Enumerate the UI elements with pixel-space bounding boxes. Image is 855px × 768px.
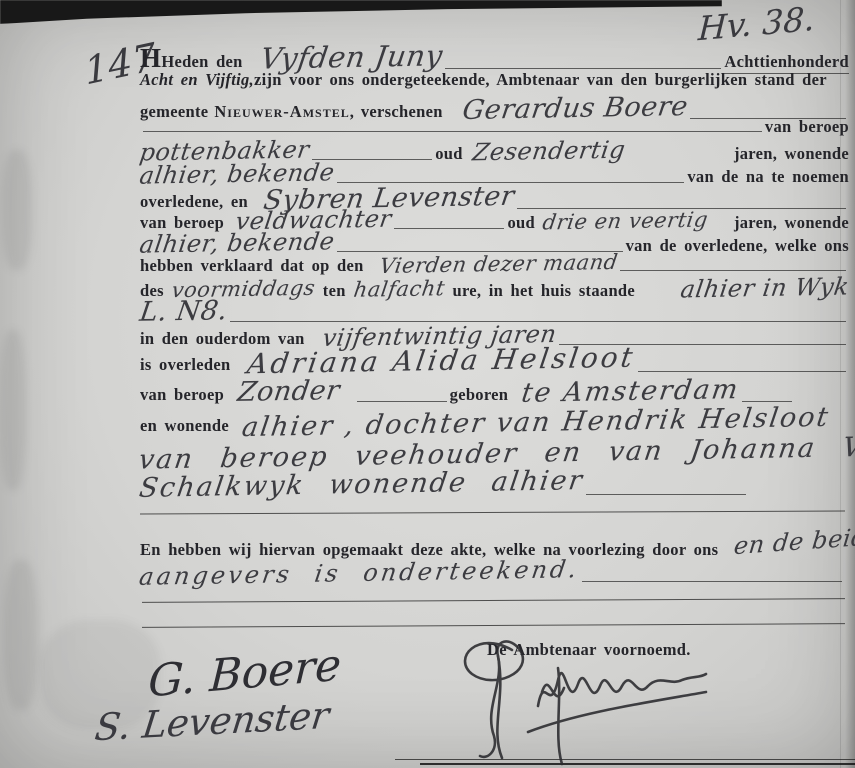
printed-year-words: Acht en Vijftig, — [140, 70, 254, 90]
handwritten-closing1: en de beide — [733, 522, 855, 560]
initial-capital: H — [140, 43, 161, 73]
printed-geboren: geboren — [450, 385, 509, 405]
bleedthrough-smudge — [2, 150, 32, 270]
handwritten-closing2: aangevers is onderteekend. — [137, 555, 581, 591]
ruled-line — [357, 401, 447, 402]
ruled-line — [142, 598, 845, 603]
scan-top-border — [0, 0, 722, 24]
printed-year-rest: zijn voor ons ondergeteekende, Ambtenaar… — [254, 70, 827, 90]
handwritten-deceased-occupation: Zonder — [236, 375, 342, 408]
printed-hebben-verklaard: hebben verklaard dat op den — [140, 256, 364, 276]
official-signature — [450, 628, 710, 768]
printed-is-overleden: is overleden — [140, 355, 230, 375]
printed-van-beroep: van beroep — [140, 385, 224, 405]
ruled-line — [140, 510, 845, 514]
ruled-line — [445, 68, 721, 69]
handwritten-family-line3: Schalkwyk wonende alhier — [137, 465, 586, 504]
handwritten-deceased-name: Adriana Alida Helsloot — [246, 341, 638, 381]
ruled-line — [582, 581, 842, 582]
ruled-line — [638, 371, 846, 372]
ruled-line — [620, 270, 846, 271]
printed-en-wonende: en wonende — [140, 416, 229, 436]
printed-heden-den: HHeden denHeden den — [140, 52, 243, 72]
ruled-line — [143, 131, 762, 132]
bleedthrough-smudge — [0, 330, 26, 490]
printed-van-beroep: van beroep — [765, 117, 849, 137]
bleedthrough-smudge — [4, 560, 38, 710]
printed-heden-den-text: Heden den — [161, 52, 242, 71]
death-certificate-scan: 147 Hv. 38. HHeden denHeden den Vyfden J… — [0, 0, 855, 768]
ruled-line — [586, 494, 746, 495]
